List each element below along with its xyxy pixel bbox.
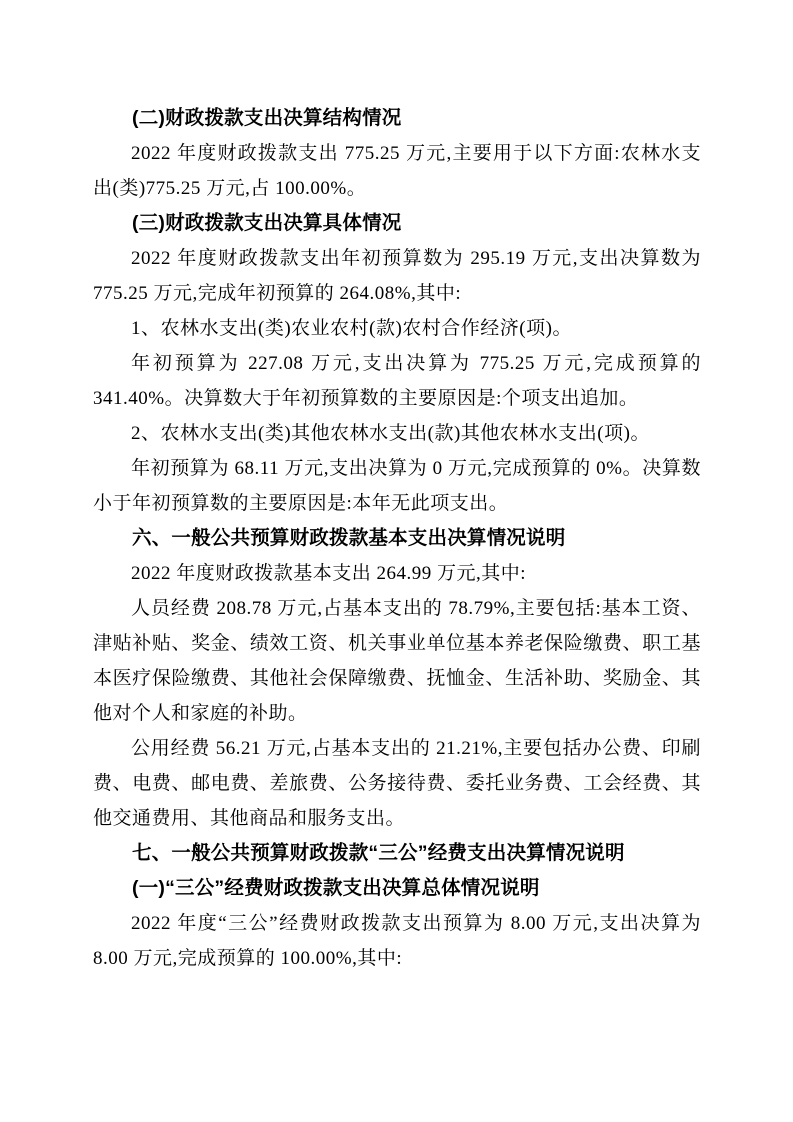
body-paragraph-item-2-detail: 年初预算为 68.11 万元,支出决算为 0 万元,完成预算的 0%。决算数小于…	[93, 451, 701, 521]
document-text-block: (二)财政拨款支出决算结构情况 2022 年度财政拨款支出 775.25 万元,…	[93, 101, 701, 976]
body-paragraph-budget-summary: 2022 年度财政拨款支出年初预算数为 295.19 万元,支出决算数为 775…	[93, 241, 701, 311]
section-heading-basic-expenditure: 六、一般公共预算财政拨款基本支出决算情况说明	[93, 521, 701, 556]
body-paragraph-item-1-detail: 年初预算为 227.08 万元,支出决算为 775.25 万元,完成预算的 34…	[93, 346, 701, 416]
section-heading-specifics: (三)财政拨款支出决算具体情况	[93, 206, 701, 241]
section-heading-structure: (二)财政拨款支出决算结构情况	[93, 101, 701, 136]
body-paragraph-three-public-summary: 2022 年度“三公”经费财政拨款支出预算为 8.00 万元,支出决算为 8.0…	[93, 906, 701, 976]
section-heading-three-public-funds: 七、一般公共预算财政拨款“三公”经费支出决算情况说明	[93, 836, 701, 871]
body-paragraph-public-funds: 公用经费 56.21 万元,占基本支出的 21.21%,主要包括办公费、印刷费、…	[93, 731, 701, 836]
body-paragraph-item-2-title: 2、农林水支出(类)其他农林水支出(款)其他农林水支出(项)。	[93, 416, 701, 451]
body-paragraph-item-1-title: 1、农林水支出(类)农业农村(款)农村合作经济(项)。	[93, 311, 701, 346]
body-paragraph-structure-detail: 2022 年度财政拨款支出 775.25 万元,主要用于以下方面:农林水支出(类…	[93, 136, 701, 206]
document-page: (二)财政拨款支出决算结构情况 2022 年度财政拨款支出 775.25 万元,…	[0, 0, 793, 1122]
section-heading-three-public-overview: (一)“三公”经费财政拨款支出决算总体情况说明	[93, 871, 701, 906]
body-paragraph-personnel-funds: 人员经费 208.78 万元,占基本支出的 78.79%,主要包括:基本工资、津…	[93, 591, 701, 731]
body-paragraph-basic-expenditure-summary: 2022 年度财政拨款基本支出 264.99 万元,其中:	[93, 556, 701, 591]
